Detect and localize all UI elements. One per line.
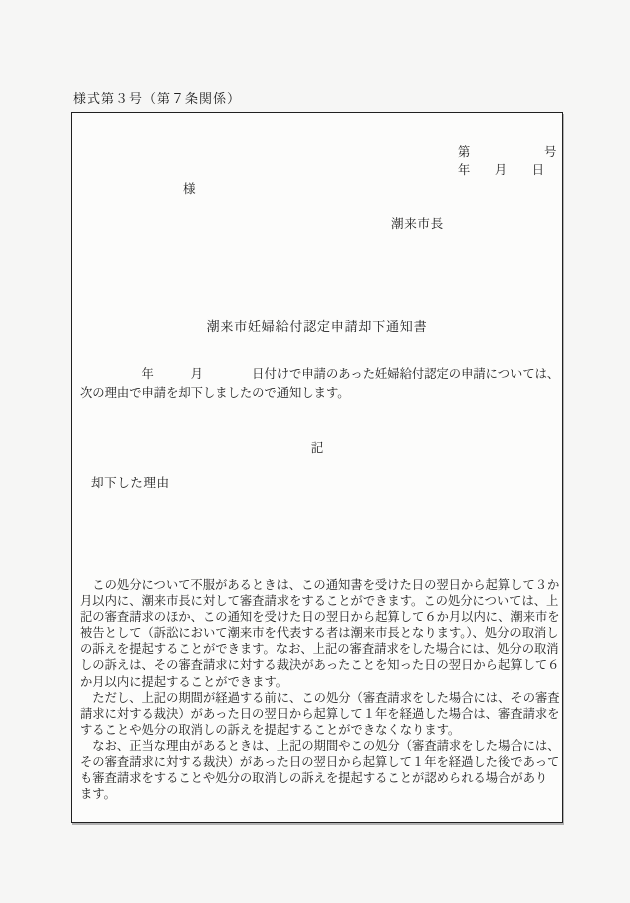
appeal-notice-paragraph: この処分について不服があるときは、この通知書を受けた日の翌日から起算して３か月以…	[80, 577, 560, 802]
opening-paragraph: 年 月 日付けで申請のあった妊婦給付認定の申請については、次の理由で申請を却下し…	[80, 365, 560, 403]
text-line: ただし、上記の期間が経過する前に、この処分（審査請求をした場合には、その審査	[80, 690, 560, 706]
text-line: も審査請求をすることや処分の取消しの訴えを提起することが認められる場合があり	[80, 770, 560, 786]
form-number-label: 様式第３号（第７条関係）	[73, 92, 241, 105]
addressee-honorific: 様	[183, 183, 196, 196]
ki-heading: 記	[72, 442, 562, 455]
text-line: この処分について不服があるときは、この通知書を受けた日の翌日から起算して３か	[80, 577, 560, 593]
text-line: 記の審査請求のほか、この通知を受けた日の翌日から起算して６か月以内に、潮来市を	[80, 609, 560, 625]
number-date-block: 第 号 年 月 日	[458, 143, 556, 179]
notice-box: 第 号 年 月 日 様 潮来市長 潮来市妊婦給付認定申請却下通知書 年 月 日付…	[71, 112, 563, 823]
text-line: か月以内に提起することができます。	[80, 674, 560, 690]
text-line: しの訴えは、その審査請求に対する裁決があったことを知った日の翌日から起算して６	[80, 657, 560, 673]
document-sheet: 様式第３号（第７条関係） 第 号 年 月 日 様 潮来市長 潮来市妊婦給付認定申…	[0, 0, 630, 903]
text-line: することや処分の取消しの訴えを提起することができなくなります。	[80, 722, 560, 738]
document-date-line: 年 月 日	[458, 161, 556, 179]
text-line: 月以内に、潮来市長に対して審査請求をすることができます。この処分については、上	[80, 593, 560, 609]
rejection-reason-label: 却下した理由	[91, 477, 170, 490]
document-title: 潮来市妊婦給付認定申請却下通知書	[72, 320, 562, 333]
text-line: なお、正当な理由があるときは、上記の期間やこの処分（審査請求をした場合には、	[80, 738, 560, 754]
sender-name: 潮来市長	[391, 218, 444, 231]
text-line: 次の理由で申請を却下しましたので通知します。	[80, 384, 560, 403]
document-number-line: 第 号	[458, 143, 556, 161]
text-line: ます。	[80, 786, 560, 802]
text-line: 年 月 日付けで申請のあった妊婦給付認定の申請については、	[80, 365, 560, 384]
text-line: その審査請求に対する裁決）があった日の翌日から起算して１年を経過した後であって	[80, 754, 560, 770]
text-line: 被告として（訴訟において潮来市を代表する者は潮来市長となります。）、処分の取消し	[80, 625, 560, 641]
text-line: の訴えを提起することができます。なお、上記の審査請求をした場合には、処分の取消	[80, 641, 560, 657]
text-line: 請求に対する裁決）があった日の翌日から起算して１年を経過した場合は、審査請求を	[80, 706, 560, 722]
